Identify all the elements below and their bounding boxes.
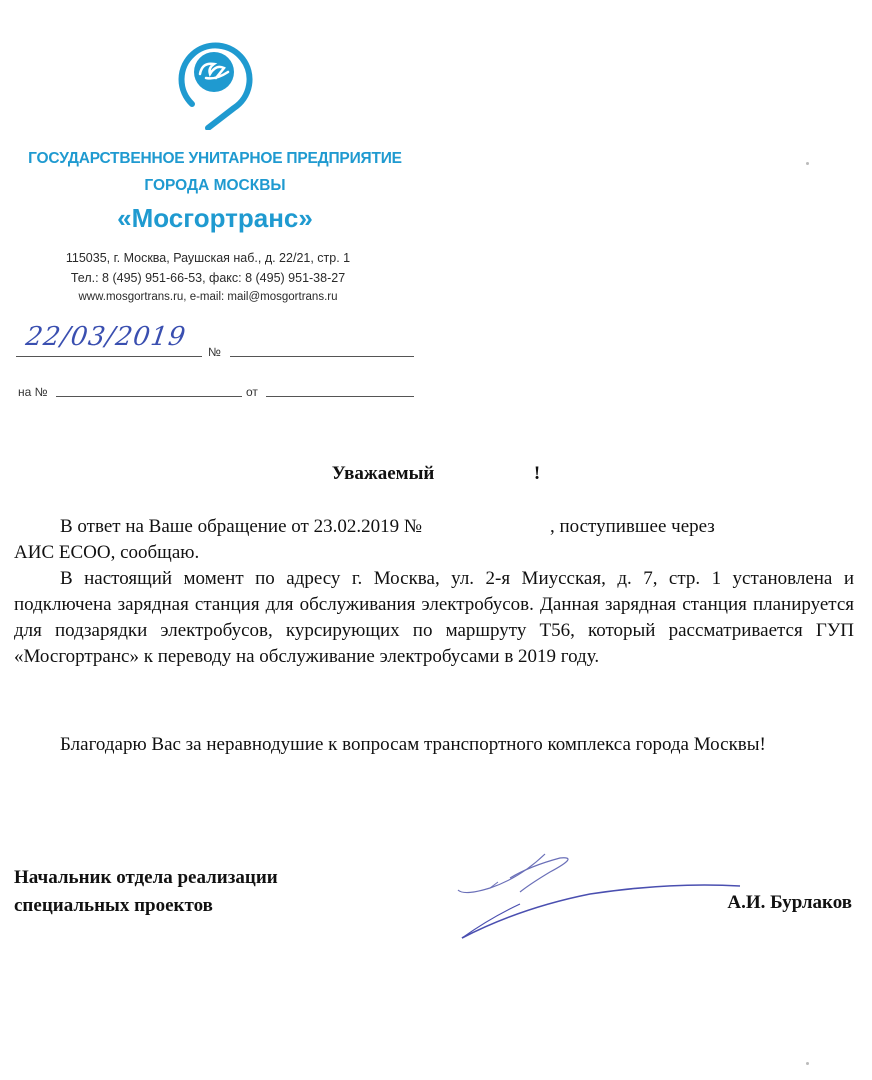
org-name-line2: ГОРОДА МОСКВЫ bbox=[0, 177, 430, 195]
org-name-line1: ГОСУДАРСТВЕННОЕ УНИТАРНОЕ ПРЕДПРИЯТИЕ bbox=[0, 150, 430, 168]
signatory-title-line2: специальных проектов bbox=[14, 892, 278, 920]
from-line bbox=[266, 396, 414, 397]
handwritten-signature-icon bbox=[450, 848, 750, 953]
date-line bbox=[16, 356, 202, 357]
paragraph-1: В ответ на Ваше обращение от 23.02.2019 … bbox=[14, 514, 854, 540]
org-address: 115035, г. Москва, Раушская наб., д. 22/… bbox=[0, 251, 416, 265]
greeting-word: Уважаемый bbox=[332, 463, 435, 485]
greeting-mark: ! bbox=[534, 463, 540, 485]
signatory-title-line1: Начальник отдела реализации bbox=[14, 864, 278, 892]
number-line bbox=[230, 356, 414, 357]
paragraph-1-line2: АИС ЕСОО, сообщаю. bbox=[14, 540, 854, 566]
paragraph-1-start: В ответ на Ваше обращение от 23.02.2019 … bbox=[60, 516, 422, 537]
scan-speck bbox=[806, 1062, 809, 1065]
reply-to-label: на № bbox=[18, 385, 48, 399]
scan-speck bbox=[806, 162, 809, 165]
signatory-name: А.И. Бурлаков bbox=[727, 892, 852, 914]
brand-name: «Мосгортранс» bbox=[0, 203, 430, 234]
letter-closing: Благодарю Вас за неравнодушие к вопросам… bbox=[14, 732, 854, 758]
paragraph-3: Благодарю Вас за неравнодушие к вопросам… bbox=[14, 732, 854, 758]
org-phones: Тел.: 8 (495) 951-66-53, факс: 8 (495) 9… bbox=[0, 271, 416, 285]
letter-body: В ответ на Ваше обращение от 23.02.2019 … bbox=[14, 514, 854, 670]
from-label: от bbox=[246, 385, 258, 399]
paragraph-1-end: , поступившее через bbox=[550, 516, 715, 537]
signatory-title: Начальник отдела реализации специальных … bbox=[14, 864, 278, 920]
org-web-email: www.mosgortrans.ru, e-mail: mail@mosgort… bbox=[0, 291, 416, 303]
handwritten-date: 22/03/2019 bbox=[24, 322, 188, 352]
number-label: № bbox=[208, 345, 221, 359]
mosgortrans-logo-icon bbox=[172, 34, 256, 130]
reply-to-line bbox=[56, 396, 242, 397]
paragraph-2: В настоящий момент по адресу г. Москва, … bbox=[14, 566, 854, 670]
greeting: Уважаемый ! bbox=[0, 463, 872, 485]
